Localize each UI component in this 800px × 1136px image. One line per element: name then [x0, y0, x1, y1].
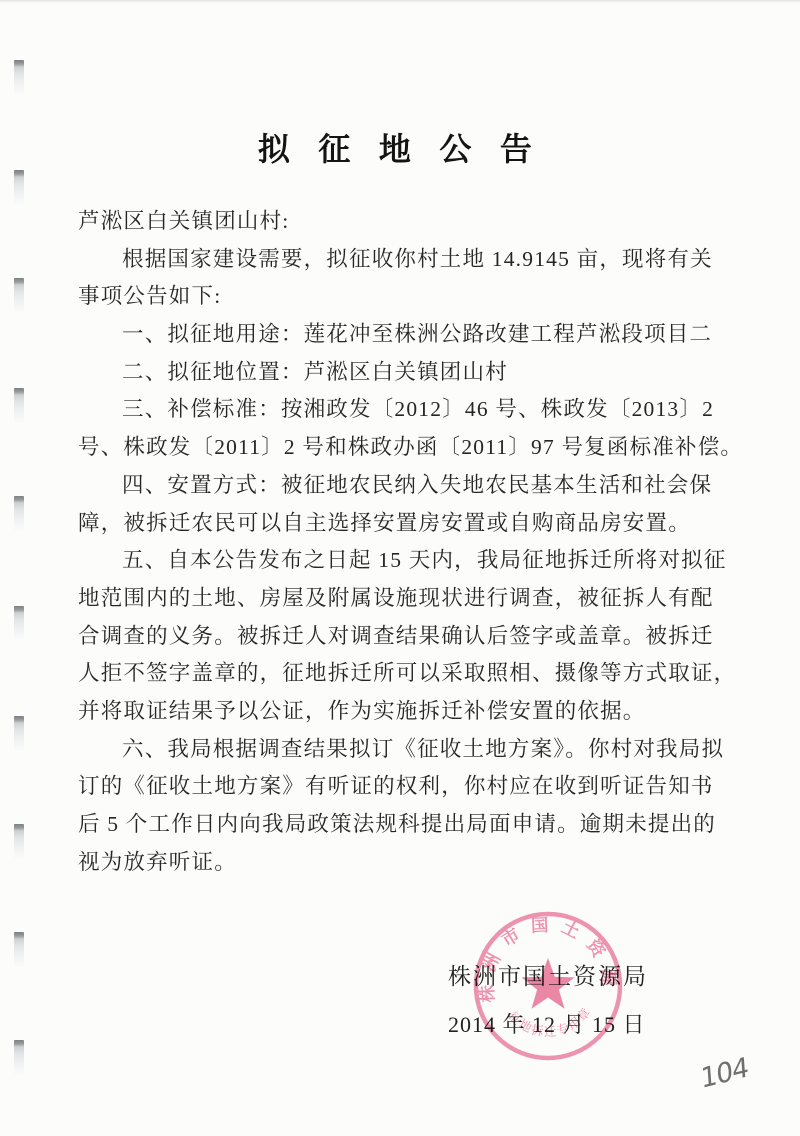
body-line: 并将取证结果予以公证，作为实施拆迁补偿安置的依据。 [78, 693, 730, 731]
body-line: 合调查的义务。被拆迁人对调查结果确认后签字或盖章。被拆迁 [78, 618, 730, 656]
body-line: 二、拟征地位置：芦淞区白关镇团山村 [78, 354, 730, 392]
body-line: 地范围内的土地、房屋及附属设施现状进行调查，被征拆人有配 [78, 580, 730, 618]
body-line: 三、补偿标准：按湘政发〔2012〕46 号、株政发〔2013〕2 [78, 391, 730, 429]
body-line: 号、株政发〔2011〕2 号和株政办函〔2011〕97 号复函标准补偿。 [78, 429, 730, 467]
binder-hole-mark [14, 606, 24, 642]
svg-text:征地拆迁专用章: 征地拆迁专用章 [506, 1004, 594, 1039]
body-line: 障，被拆迁农民可以自主选择安置房安置或自购商品房安置。 [78, 505, 730, 543]
body-line: 四、安置方式：被征地农民纳入失地农民基本生活和社会保 [78, 467, 730, 505]
body-line: 订的《征收土地方案》有听证的权利，你村应在收到听证告知书 [78, 768, 730, 806]
document-title: 拟 征 地 公 告 [0, 124, 800, 170]
body-line: 一、拟征地用途：莲花冲至株洲公路改建工程芦淞段项目二 [78, 316, 730, 354]
binder-hole-mark [14, 496, 24, 532]
star-icon [521, 958, 574, 1009]
binder-hole-mark [14, 388, 24, 424]
handwritten-page-number: 104 [700, 1052, 749, 1095]
body-line: 六、我局根据调查结果拟订《征收土地方案》。你村对我局拟 [78, 731, 730, 769]
binder-hole-mark [14, 278, 24, 314]
body-line: 芦淞区白关镇团山村: [78, 203, 730, 241]
body-line: 人拒不签字盖章的，征地拆迁所可以采取照相、摄像等方式取证， [78, 655, 730, 693]
body-line: 事项公告如下: [78, 278, 730, 316]
document-body: 芦淞区白关镇团山村: 根据国家建设需要，拟征收你村土地 14.9145 亩，现将… [78, 203, 730, 881]
binder-hole-mark [14, 170, 24, 206]
seal-bottom-text: 征地拆迁专用章 [506, 1004, 594, 1039]
body-line: 五、自本公告发布之日起 15 天内，我局征地拆迁所将对拟征 [78, 542, 730, 580]
body-line: 后 5 个工作日内向我局政策法规科提出局面申请。逾期未提出的 [78, 806, 730, 844]
binder-hole-mark [14, 932, 24, 968]
scan-edge-shadow [0, 0, 800, 3]
binder-hole-mark [14, 60, 24, 96]
binder-hole-mark [14, 1040, 24, 1076]
binder-hole-mark [14, 716, 24, 752]
body-line: 视为放弃听证。 [78, 844, 730, 882]
body-line: 根据国家建设需要，拟征收你村土地 14.9145 亩，现将有关 [78, 241, 730, 279]
binder-hole-mark [14, 824, 24, 860]
official-seal-stamp: 株洲市国土资源局 征地拆迁专用章 [462, 900, 634, 1072]
